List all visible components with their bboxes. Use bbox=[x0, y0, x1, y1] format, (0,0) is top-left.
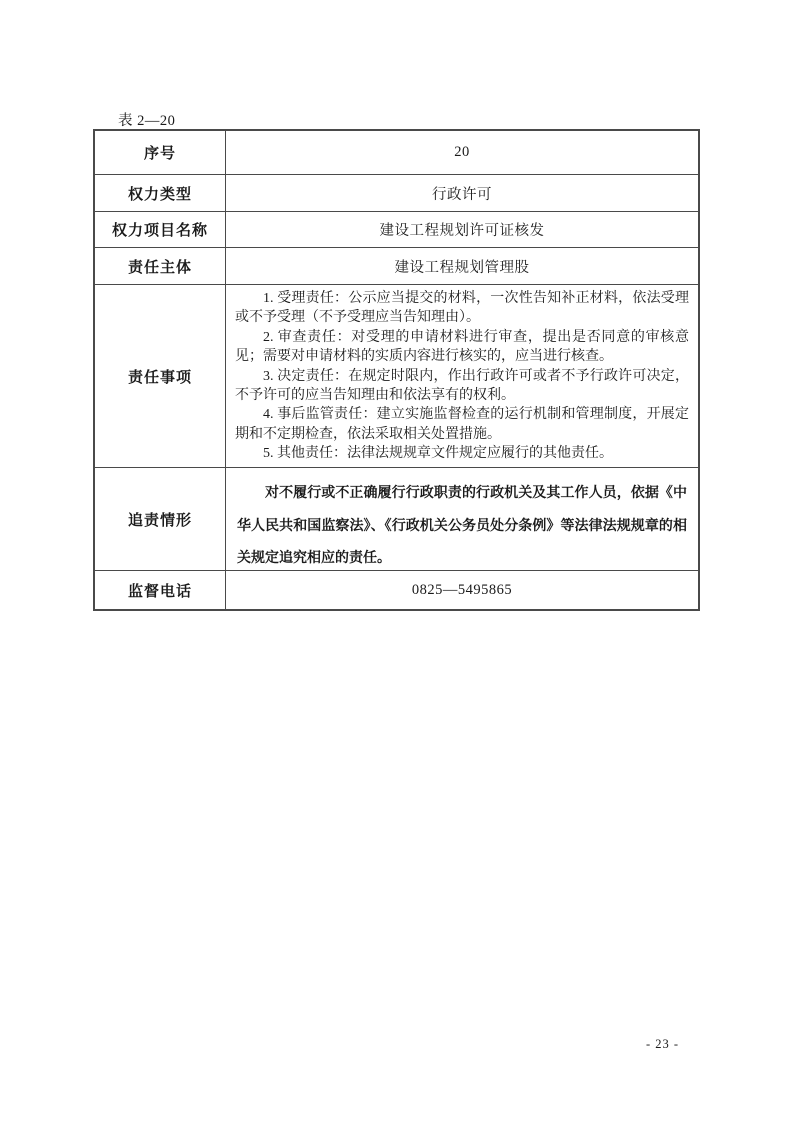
row-value-responsible-entity: 建设工程规划管理股 bbox=[226, 248, 698, 284]
row-label-responsibility-items: 责任事项 bbox=[95, 285, 226, 467]
responsibility-item-3: 3. 决定责任：在规定时限内，作出行政许可或者不予行政许可决定，不予许可的应当告… bbox=[235, 367, 689, 406]
responsibility-item-5: 5. 其他责任：法律法规规章文件规定应履行的其他责任。 bbox=[235, 444, 689, 463]
table-row-serial-number: 序号 20 bbox=[95, 131, 698, 174]
responsibility-item-2: 2. 审查责任：对受理的申请材料进行审查，提出是否同意的审核意见；需要对申请材料… bbox=[235, 328, 689, 367]
table-row-responsible-entity: 责任主体 建设工程规划管理股 bbox=[95, 247, 698, 284]
document-page: { "page": { "caption": "表 2—20", "page_n… bbox=[0, 0, 793, 1122]
row-value-accountability: 对不履行或不正确履行行政职责的行政机关及其工作人员，依据《中华人民共和国监察法》… bbox=[226, 468, 698, 570]
responsibility-table: 序号 20 权力类型 行政许可 权力项目名称 建设工程规划许可证核发 责任主体 … bbox=[93, 129, 700, 611]
row-label-power-type: 权力类型 bbox=[95, 175, 226, 211]
row-label-supervision-phone: 监督电话 bbox=[95, 571, 226, 609]
row-value-supervision-phone: 0825—5495865 bbox=[226, 571, 698, 609]
row-value-power-type: 行政许可 bbox=[226, 175, 698, 211]
row-label-serial-number: 序号 bbox=[95, 131, 226, 174]
row-label-power-item-name: 权力项目名称 bbox=[95, 212, 226, 247]
accountability-paragraph: 对不履行或不正确履行行政职责的行政机关及其工作人员，依据《中华人民共和国监察法》… bbox=[237, 476, 687, 574]
row-value-responsibility-items: 1. 受理责任：公示应当提交的材料，一次性告知补正材料，依法受理或不予受理（不予… bbox=[226, 285, 698, 467]
table-row-power-type: 权力类型 行政许可 bbox=[95, 174, 698, 211]
row-value-power-item-name: 建设工程规划许可证核发 bbox=[226, 212, 698, 247]
table-row-supervision-phone: 监督电话 0825—5495865 bbox=[95, 570, 698, 609]
table-row-accountability: 追责情形 对不履行或不正确履行行政职责的行政机关及其工作人员，依据《中华人民共和… bbox=[95, 467, 698, 570]
row-label-accountability: 追责情形 bbox=[95, 468, 226, 570]
responsibility-item-4: 4. 事后监管责任：建立实施监督检查的运行机制和管理制度，开展定期和不定期检查，… bbox=[235, 405, 689, 444]
responsibility-item-1: 1. 受理责任：公示应当提交的材料，一次性告知补正材料，依法受理或不予受理（不予… bbox=[235, 289, 689, 328]
page-number: - 23 - bbox=[646, 1037, 679, 1052]
row-label-responsible-entity: 责任主体 bbox=[95, 248, 226, 284]
table-row-responsibility-items: 责任事项 1. 受理责任：公示应当提交的材料，一次性告知补正材料，依法受理或不予… bbox=[95, 284, 698, 467]
row-value-serial-number: 20 bbox=[226, 131, 698, 174]
table-caption: 表 2—20 bbox=[118, 109, 175, 130]
table-row-power-item-name: 权力项目名称 建设工程规划许可证核发 bbox=[95, 211, 698, 247]
